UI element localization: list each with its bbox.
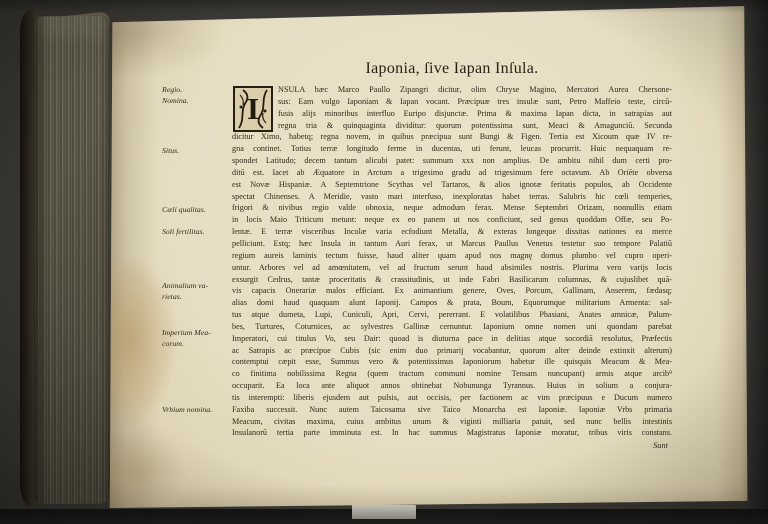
- body-text-line: occuparit. Ea loca ante aliquot annos ob…: [232, 380, 672, 392]
- body-text-line: NSULA hæc Marco Paullo Zipangri dicitur,…: [232, 84, 672, 96]
- body-text-line: sus: Eam vulgo Iaponiam & Iapan vocant. …: [232, 96, 672, 108]
- margin-note-line: corum.: [162, 338, 230, 349]
- body-text-line: untur. Arbores vel ad amœnitatem, vel ad…: [232, 262, 672, 274]
- body-text-block: I NSULA hæc Marco Paullo Zipangri dicitu…: [232, 84, 672, 439]
- margin-note-line: Vrbium nomina.: [162, 404, 230, 415]
- margin-note-situs: Situs.: [162, 145, 230, 156]
- margin-note-line: Regio.: [162, 84, 230, 95]
- body-text-line: bes, Turtures, Coturnices, ac sylvestres…: [232, 321, 672, 333]
- body-text-line: gna continet. Totius terræ longitudo fer…: [232, 143, 672, 155]
- catchword: Sunt: [232, 441, 668, 450]
- calibration-strip: [352, 505, 416, 519]
- body-text-line: frigori & nivibus regio valde obnoxia, n…: [232, 202, 672, 214]
- margin-note-line: Animalium va-: [162, 280, 230, 291]
- body-text-line: alias domi haud quaquam alunt Iaponij. C…: [232, 297, 672, 309]
- body-text-line: pelliciunt. Estq; hæc Insula in tantum A…: [232, 238, 672, 250]
- body-text-line: Meacum, civitas maxima, cuius ambitus un…: [232, 416, 672, 428]
- body-text-line: ditū est. Iacet ab Æquatore in Arctum a …: [232, 167, 672, 179]
- body-text-line: co finitima nobilissima Regna (quem trac…: [232, 368, 672, 380]
- body-text-line: exsurgit Cedrus, tantæ proceritatis & cr…: [232, 274, 672, 286]
- body-text-line: contemptui cæpit esse, Summus vero & pot…: [232, 356, 672, 368]
- drop-cap-initial: I: [233, 86, 273, 132]
- body-text-line: in locis Maio Triticum metunt: neque ex …: [232, 214, 672, 226]
- body-text-line: tis interempti: liberis ejusdem aut puls…: [232, 392, 672, 404]
- body-text-line: spondet Latitudo; decem tantum alicubi p…: [232, 155, 672, 167]
- margin-note-soli-fertilitas: Soli fertilitas.: [162, 226, 230, 237]
- body-text-line: vis capacis Onerariæ malos efficiant. Ex…: [232, 285, 672, 297]
- margin-note-caeli-qualitas: Cæli qualitas.: [162, 204, 230, 215]
- body-text-line: dicitur Ximo, habetq; regna novem, in qu…: [232, 131, 672, 143]
- margin-note-animalium-varietas: Animalium va- rietas.: [162, 280, 230, 302]
- margin-note-regio-nomina: Regio. Nomina.: [162, 84, 230, 106]
- margin-note-line: Imperium Mea-: [162, 327, 230, 338]
- body-text-line: regna tria & quinquaginta dividitur: quo…: [232, 120, 672, 132]
- book-page-edges: [34, 16, 110, 505]
- page-title: Iaponia, ſive Iapan Inſula.: [232, 60, 672, 78]
- margin-note-imperium-meacorum: Imperium Mea- corum.: [162, 327, 230, 349]
- photo-top-shadow: [0, 0, 768, 13]
- body-text-line: ac Satrapis ac præcipue Cubis (sic enim …: [232, 345, 672, 357]
- body-text-line: Imperatori, cui titulus Vo, seu Dair: qu…: [232, 333, 672, 345]
- body-text-line: tus atque dumeta, Lupi, Cuniculi, Apri, …: [232, 309, 672, 321]
- body-text-line: est Novæ Hispaniæ. A Septemtrione Scytha…: [232, 179, 672, 191]
- body-text-line: spectat Chinenses. A Meridie, vasto mari…: [232, 191, 672, 203]
- drop-cap-letter: I: [233, 90, 273, 128]
- body-text-line: lentæ. E terræ visceribus Incolæ varia e…: [232, 226, 672, 238]
- photo-right-shadow: [742, 0, 768, 524]
- body-text-line: Insulanorū tertia parte imminuta est. In…: [232, 427, 672, 439]
- margin-note-line: Soli fertilitas.: [162, 226, 230, 237]
- body-text-line: fusis alijs minoribus interfluo Euripo d…: [232, 108, 672, 120]
- margin-note-line: rietas.: [162, 291, 230, 302]
- margin-note-line: Cæli qualitas.: [162, 204, 230, 215]
- book-page: Iaponia, ſive Iapan Inſula. Regio. Nomin…: [104, 4, 750, 510]
- margin-note-vrbium-nomina: Vrbium nomina.: [162, 404, 230, 415]
- body-text-line: regium aureis laminis tectum fuisse, hau…: [232, 250, 672, 262]
- margin-note-line: Situs.: [162, 145, 230, 156]
- body-text-line: Faxiba successit. Nunc autem Taicosama s…: [232, 404, 672, 416]
- margin-note-line: Nomina.: [162, 95, 230, 106]
- book-photograph: Iaponia, ſive Iapan Inſula. Regio. Nomin…: [0, 0, 768, 524]
